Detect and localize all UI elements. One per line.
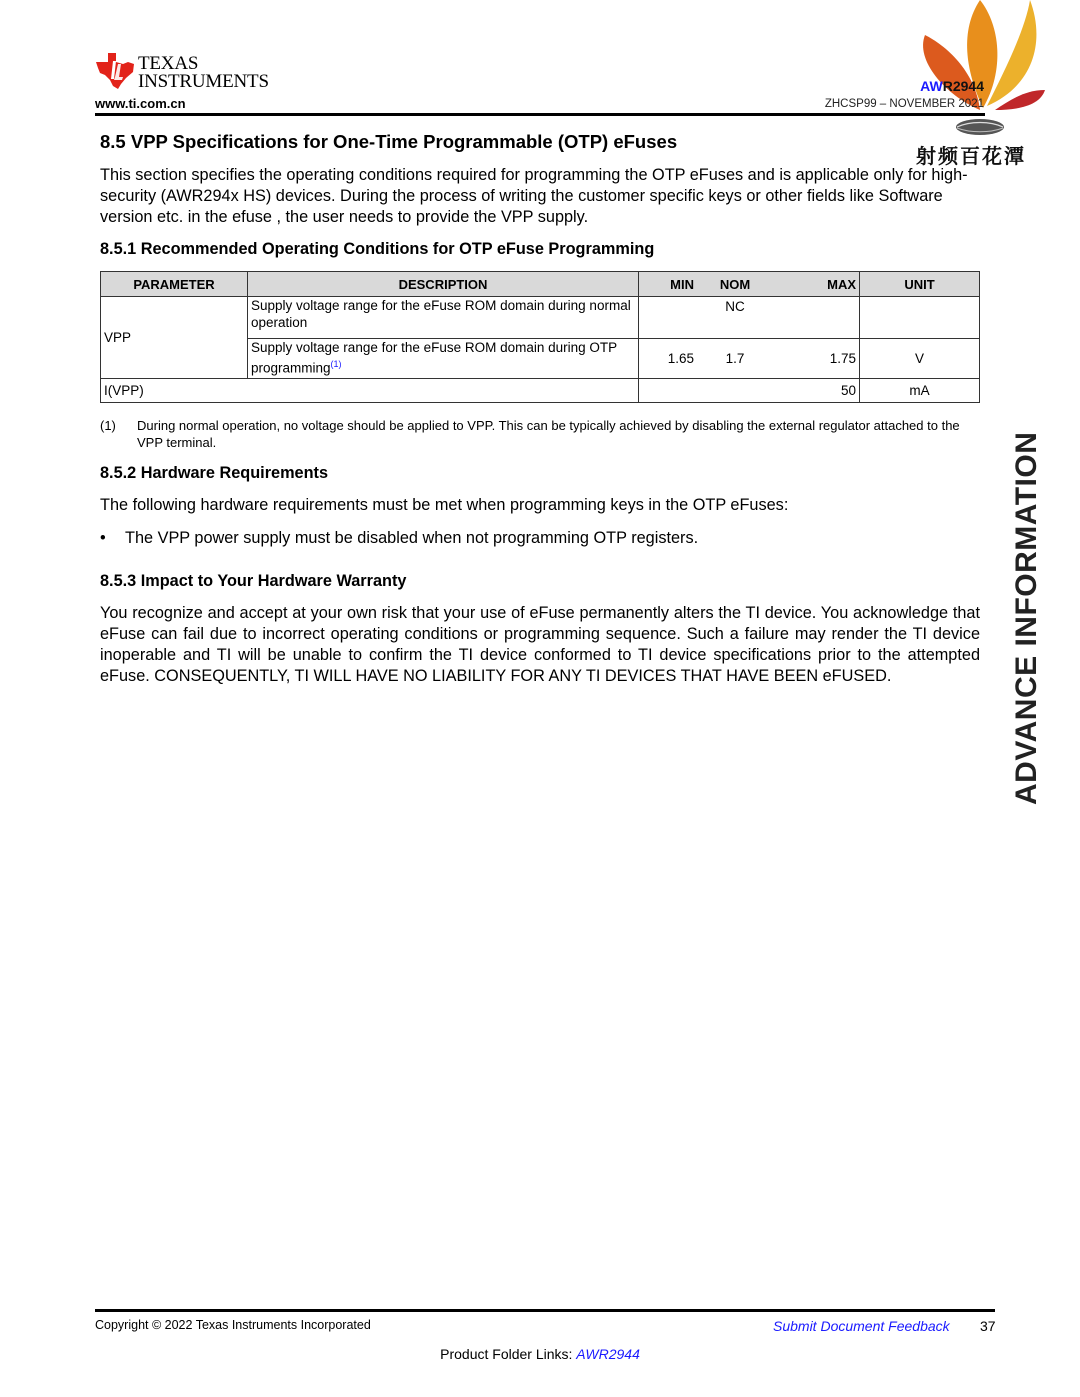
col-header-parameter: PARAMETER: [101, 272, 248, 297]
cell-description: Supply voltage range for the eFuse ROM d…: [248, 339, 639, 379]
cell-description-text: Supply voltage range for the eFuse ROM d…: [251, 340, 617, 376]
list-item-text: The VPP power supply must be disabled wh…: [125, 529, 698, 547]
table-header-row: PARAMETER DESCRIPTION MIN NOM MAX UNIT: [101, 272, 980, 297]
cell-min: [639, 379, 698, 403]
rf-logo-icon: [955, 118, 1005, 136]
cell-unit: mA: [860, 379, 980, 403]
col-header-min: MIN: [639, 272, 698, 297]
advance-information-banner: ADVANCE INFORMATION: [1010, 432, 1044, 805]
document-id: ZHCSP99 – NOVEMBER 2021: [825, 98, 984, 110]
cell-parameter: VPP: [101, 297, 248, 379]
product-id-prefix: AW: [920, 78, 943, 94]
col-header-max: MAX: [773, 272, 860, 297]
ti-logo: TEXAS INSTRUMENTS: [94, 50, 274, 96]
texas-state-icon: [94, 50, 136, 90]
hardware-requirements-intro: The following hardware requirements must…: [100, 495, 980, 516]
cell-min: [639, 297, 698, 339]
cell-unit: V: [860, 339, 980, 379]
cell-max: 1.75: [773, 339, 860, 379]
company-line2: INSTRUMENTS: [138, 73, 269, 91]
submit-feedback-link[interactable]: Submit Document Feedback: [773, 1318, 950, 1334]
table-row: VPP Supply voltage range for the eFuse R…: [101, 297, 980, 339]
section-title: 8.5 VPP Specifications for One-Time Prog…: [100, 131, 677, 153]
cell-nom: 1.7: [697, 339, 773, 379]
section-intro: This section specifies the operating con…: [100, 165, 980, 228]
product-folder-links: Product Folder Links: AWR2944: [0, 1346, 1080, 1362]
header-rule: [95, 113, 985, 116]
folder-links-label: Product Folder Links:: [440, 1346, 576, 1362]
col-header-unit: UNIT: [860, 272, 980, 297]
cell-nom: NC: [697, 297, 773, 339]
footnote-ref-link[interactable]: (1): [331, 359, 342, 369]
product-folder-link[interactable]: AWR2944: [576, 1346, 640, 1362]
cell-nom: [697, 379, 773, 403]
site-url[interactable]: www.ti.com.cn: [95, 96, 186, 111]
footnote-number: (1): [100, 417, 116, 434]
cell-parameter: I(VPP): [101, 379, 639, 403]
page-number: 37: [980, 1318, 996, 1334]
table-row: I(VPP) 50 mA: [101, 379, 980, 403]
product-id-suffix: R2944: [943, 78, 984, 94]
company-wordmark: TEXAS INSTRUMENTS: [138, 55, 269, 91]
bullet-icon: •: [100, 529, 125, 548]
copyright: Copyright © 2022 Texas Instruments Incor…: [95, 1318, 371, 1332]
operating-conditions-table: PARAMETER DESCRIPTION MIN NOM MAX UNIT V…: [100, 271, 980, 403]
cell-max: [773, 297, 860, 339]
col-header-description: DESCRIPTION: [248, 272, 639, 297]
cell-max: 50: [773, 379, 860, 403]
cell-unit: [860, 297, 980, 339]
cell-description: Supply voltage range for the eFuse ROM d…: [248, 297, 639, 339]
list-item: •The VPP power supply must be disabled w…: [100, 529, 698, 548]
cell-min: 1.65: [639, 339, 698, 379]
footnote-text: During normal operation, no voltage shou…: [137, 417, 977, 451]
subsection-title-8-5-2: 8.5.2 Hardware Requirements: [100, 464, 328, 483]
col-header-nom: NOM: [697, 272, 773, 297]
subsection-title-8-5-1: 8.5.1 Recommended Operating Conditions f…: [100, 240, 654, 259]
subsection-title-8-5-3: 8.5.3 Impact to Your Hardware Warranty: [100, 572, 406, 591]
footer-rule: [95, 1309, 995, 1312]
warranty-text: You recognize and accept at your own ris…: [100, 603, 980, 687]
product-id: AWR2944: [920, 78, 984, 94]
